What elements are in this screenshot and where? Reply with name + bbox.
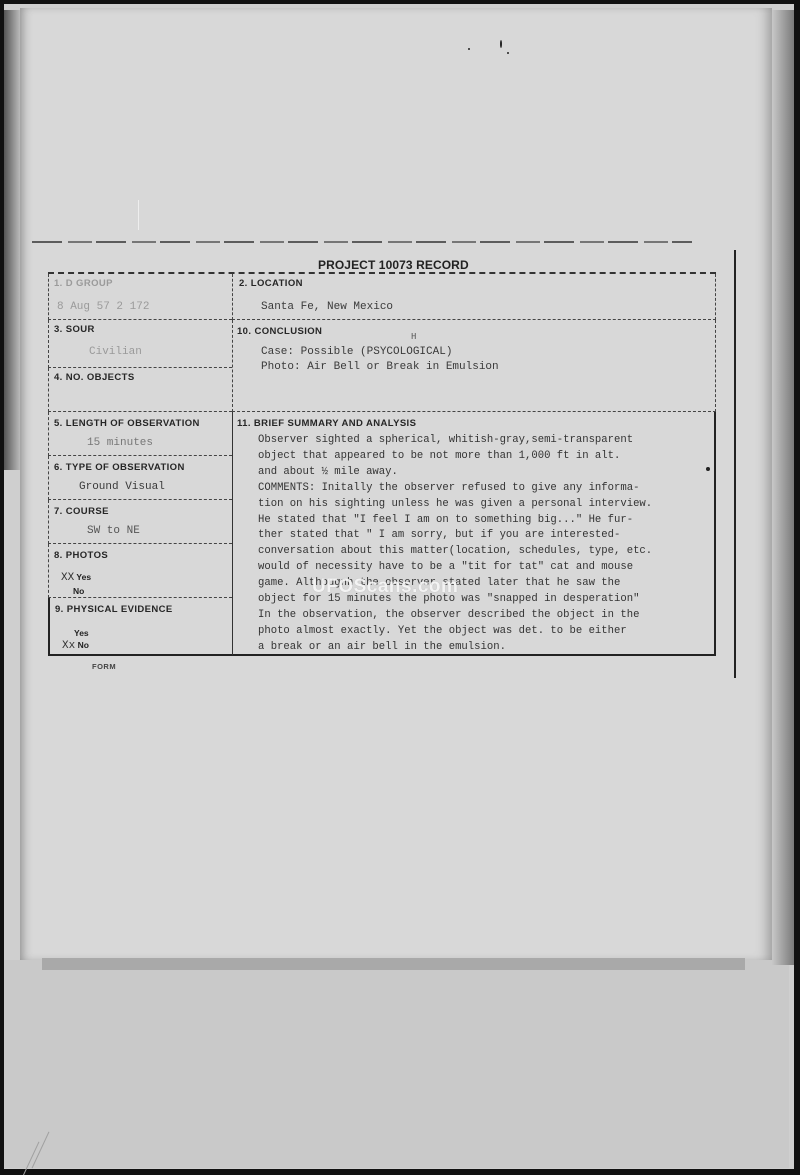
margin-line: [734, 250, 736, 678]
source-cell: 3. SOUR Civilian: [48, 320, 232, 368]
physical-evidence-no-mark: Xx: [62, 640, 75, 652]
photos-no-label: No: [73, 586, 84, 596]
film-scratch: [138, 200, 139, 230]
location-label: 2. LOCATION: [239, 278, 303, 289]
summary-line: ther stated that " I am sorry, but if yo…: [258, 528, 718, 544]
physical-evidence-cell: 9. PHYSICAL EVIDENCE Yes Xx No: [48, 598, 232, 656]
summary-line: tion on his sighting unless he was given…: [258, 497, 718, 513]
length-cell: 5. LENGTH OF OBSERVATION 15 minutes: [48, 412, 232, 456]
photos-label: 8. PHOTOS: [54, 550, 108, 561]
conclusion-label: 10. CONCLUSION: [237, 326, 322, 337]
summary-line: He stated that "I feel I am on to someth…: [258, 513, 718, 529]
summary-line: In the observation, the observer describ…: [258, 608, 718, 624]
page-bottom-edge: [42, 958, 745, 970]
date-group-label: 1. D GROUP: [54, 278, 113, 289]
conclusion-photo-line: Photo: Air Bell or Break in Emulsion: [261, 361, 499, 373]
photos-no-option[interactable]: No: [73, 586, 84, 598]
type-cell: 6. TYPE OF OBSERVATION Ground Visual: [48, 456, 232, 500]
handwritten-insert: H: [411, 332, 416, 342]
watermark: UFOScans.com: [312, 576, 458, 598]
summary-line: conversation about this matter(location,…: [258, 544, 718, 560]
summary-line: a break or an air bell in the emulsion.: [258, 640, 718, 656]
length-label: 5. LENGTH OF OBSERVATION: [54, 418, 200, 429]
photos-yes-mark: XX: [61, 572, 74, 584]
underlying-sheet: [4, 960, 789, 1168]
course-value: SW to NE: [87, 525, 140, 537]
form-title: PROJECT 10073 RECORD: [318, 258, 469, 272]
conclusion-case-line: Case: Possible (PSYCOLOGICAL): [261, 346, 452, 358]
photos-yes-label: Yes: [76, 572, 91, 582]
length-value: 15 minutes: [87, 437, 153, 449]
left-edge-shadow: [4, 10, 20, 470]
summary-label: 11. BRIEF SUMMARY AND ANALYSIS: [237, 418, 416, 429]
summary-line: would of necessity have to be a "tit for…: [258, 560, 718, 576]
summary-line: COMMENTS: Initally the observer refused …: [258, 481, 718, 497]
date-group-value: 8 Aug 57 2 172: [57, 301, 149, 313]
conclusion-cell: 10. CONCLUSION H Case: Possible (PSYCOLO…: [232, 320, 716, 412]
physical-evidence-no-option[interactable]: Xx No: [62, 640, 89, 652]
form-footer-label: FORM: [92, 662, 116, 671]
summary-line: object that appeared to be not more than…: [258, 449, 718, 465]
location-value: Santa Fe, New Mexico: [261, 301, 393, 313]
course-label: 7. COURSE: [54, 506, 109, 517]
physical-evidence-yes-label: Yes: [74, 628, 89, 638]
photos-yes-option[interactable]: XX Yes: [61, 572, 91, 584]
dust-speck: [500, 40, 502, 48]
num-objects-label: 4. NO. OBJECTS: [54, 372, 135, 383]
location-cell: 2. LOCATION Santa Fe, New Mexico: [232, 274, 716, 320]
source-value: Civilian: [89, 346, 142, 358]
summary-line: photo almost exactly. Yet the object was…: [258, 624, 718, 640]
header-rule: [32, 241, 692, 243]
physical-evidence-label: 9. PHYSICAL EVIDENCE: [55, 604, 173, 615]
source-label: 3. SOUR: [54, 324, 95, 335]
num-objects-cell: 4. NO. OBJECTS: [48, 368, 232, 412]
right-edge-shadow: [772, 10, 794, 965]
photos-cell: 8. PHOTOS XX Yes No: [48, 544, 232, 598]
physical-evidence-no-label: No: [78, 640, 89, 650]
course-cell: 7. COURSE SW to NE: [48, 500, 232, 544]
dust-speck: [468, 48, 470, 50]
type-label: 6. TYPE OF OBSERVATION: [54, 462, 185, 473]
summary-line: and about ½ mile away.: [258, 465, 718, 481]
physical-evidence-yes-option[interactable]: Yes: [74, 628, 89, 640]
date-group-cell: 1. D GROUP 8 Aug 57 2 172: [48, 274, 232, 320]
dust-speck: [507, 52, 509, 54]
summary-text: Observer sighted a spherical, whitish-gr…: [258, 433, 718, 656]
summary-line: Observer sighted a spherical, whitish-gr…: [258, 433, 718, 449]
type-value: Ground Visual: [79, 481, 165, 493]
